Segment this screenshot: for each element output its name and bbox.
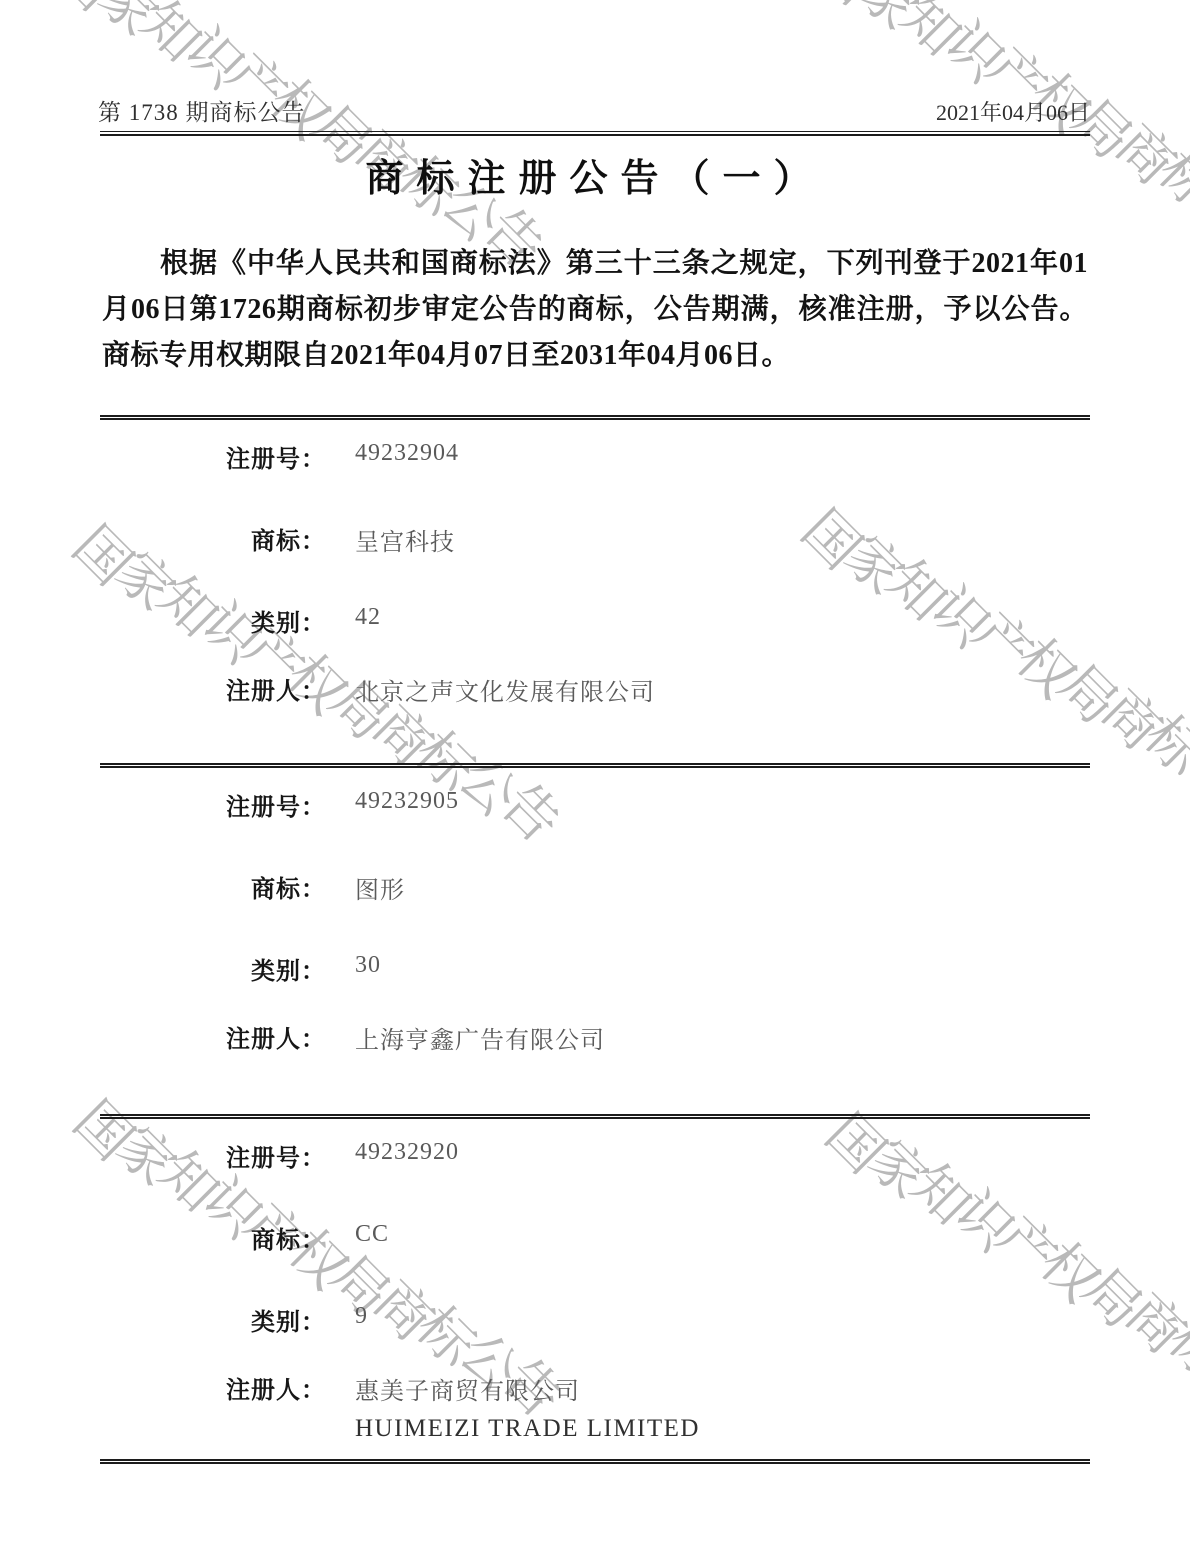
trademark-name: 图形 (355, 870, 1075, 905)
registration-number: 49232905 (355, 788, 1075, 815)
trademark-entry: 注册号： 49232905 商标： 图形 类别： 30 注册人： 上海亨鑫广告有… (100, 763, 1090, 1110)
field-label: 注册人： (100, 1019, 326, 1054)
field-label: 注册号： (100, 439, 326, 474)
field-label: 注册人： (100, 1370, 326, 1405)
registrant-cn: 上海亨鑫广告有限公司 (355, 1028, 605, 1054)
field-label: 商标： (100, 1220, 326, 1255)
registrant-name: 北京之声文化发展有限公司 (355, 672, 1075, 707)
header-rule (100, 131, 1090, 136)
category-number: 30 (355, 952, 1075, 979)
trademark-name: CC (355, 1221, 1075, 1248)
page-title: 商标注册公告（一） (0, 147, 1190, 202)
issue-date: 2021年04月06日 (936, 96, 1090, 127)
registration-number: 49232904 (355, 440, 1075, 467)
content-layer: 第 1738 期商标公告 2021年04月06日 商标注册公告（一） 根据《中华… (0, 0, 1190, 1564)
intro-paragraph: 根据《中华人民共和国商标法》第三十三条之规定，下列刊登于2021年01月06日第… (102, 241, 1088, 379)
trademark-entry: 注册号： 49232904 商标： 呈宫科技 类别： 42 注册人： 北京之声文… (100, 415, 1090, 762)
field-label: 商标： (100, 869, 326, 904)
field-label: 注册号： (100, 787, 326, 822)
registrant-name: 上海亨鑫广告有限公司 (355, 1020, 1075, 1055)
trademark-entry: 注册号： 49232920 商标： CC 类别： 9 注册人： 惠美子商贸有限公… (100, 1114, 1090, 1461)
category-number: 9 (355, 1303, 1075, 1330)
field-label: 类别： (100, 1302, 326, 1337)
registration-number: 49232920 (355, 1139, 1075, 1166)
field-label: 类别： (100, 951, 326, 986)
registrant-en: HUIMEIZI TRADE LIMITED (355, 1415, 1075, 1443)
announcement-page: 国家知识产权局商标公告 国家知识产权局商标公告 国家知识产权局商标公告 国家知识… (0, 0, 1190, 1564)
field-label: 类别： (100, 603, 326, 638)
category-number: 42 (355, 604, 1075, 631)
trademark-name: 呈宫科技 (355, 522, 1075, 557)
field-label: 注册人： (100, 671, 326, 706)
registrant-name: 惠美子商贸有限公司 HUIMEIZI TRADE LIMITED (355, 1371, 1075, 1443)
registrant-cn: 惠美子商贸有限公司 (355, 1379, 580, 1405)
field-label: 注册号： (100, 1138, 326, 1173)
field-label: 商标： (100, 521, 326, 556)
registrant-cn: 北京之声文化发展有限公司 (355, 680, 655, 706)
issue-label: 第 1738 期商标公告 (98, 94, 306, 127)
